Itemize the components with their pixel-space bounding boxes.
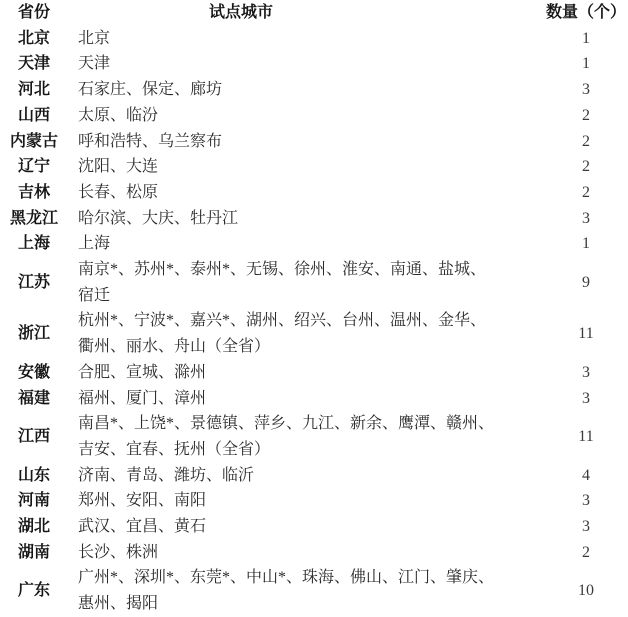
header-count: 数量（个） xyxy=(544,0,628,26)
header-row: 省份 试点城市 数量（个） xyxy=(0,0,628,26)
table-row: 广东 广州*、深圳*、东莞*、中山*、珠海、佛山、江门、肇庆、惠州、揭阳 10 xyxy=(0,565,628,616)
count-cell: 3 xyxy=(544,360,628,386)
cities-cell: 广州*、深圳*、东莞*、中山*、珠海、佛山、江门、肇庆、惠州、揭阳 xyxy=(68,565,544,616)
province-cell: 江苏 xyxy=(0,257,68,308)
table-row: 山西 太原、临汾 2 xyxy=(0,103,628,129)
cities-cell: 哈尔滨、大庆、牡丹江 xyxy=(68,206,544,232)
count-cell: 11 xyxy=(544,411,628,462)
table-row: 北京 北京 1 xyxy=(0,26,628,52)
province-cell: 山东 xyxy=(0,463,68,489)
cities-cell: 郑州、安阳、南阳 xyxy=(68,488,544,514)
province-cell: 北京 xyxy=(0,26,68,52)
cities-cell: 长沙、株洲 xyxy=(68,540,544,566)
count-cell: 1 xyxy=(544,51,628,77)
count-cell: 4 xyxy=(544,463,628,489)
province-cell: 黑龙江 xyxy=(0,206,68,232)
count-cell: 3 xyxy=(544,488,628,514)
province-cell: 湖南 xyxy=(0,540,68,566)
province-cell: 江西 xyxy=(0,411,68,462)
count-cell: 2 xyxy=(544,180,628,206)
table-row: 江苏 南京*、苏州*、泰州*、无锡、徐州、淮安、南通、盐城、宿迁 9 xyxy=(0,257,628,308)
cities-cell: 石家庄、保定、廊坊 xyxy=(68,77,544,103)
province-cell: 山西 xyxy=(0,103,68,129)
cities-cell: 武汉、宜昌、黄石 xyxy=(68,514,544,540)
province-cell: 安徽 xyxy=(0,360,68,386)
table-row: 福建 福州、厦门、漳州 3 xyxy=(0,386,628,412)
count-cell: 3 xyxy=(544,386,628,412)
table-row: 湖北 武汉、宜昌、黄石 3 xyxy=(0,514,628,540)
header-province: 省份 xyxy=(0,0,68,26)
count-cell: 3 xyxy=(544,514,628,540)
cities-cell: 南昌*、上饶*、景德镇、萍乡、九江、新余、鹰潭、赣州、吉安、宜春、抚州（全省） xyxy=(68,411,544,462)
table-row: 湖南 长沙、株洲 2 xyxy=(0,540,628,566)
province-cell: 福建 xyxy=(0,386,68,412)
count-cell: 2 xyxy=(544,129,628,155)
province-cell: 天津 xyxy=(0,51,68,77)
province-cell: 河南 xyxy=(0,488,68,514)
cities-cell: 太原、临汾 xyxy=(68,103,544,129)
table-row: 山东 济南、青岛、潍坊、临沂 4 xyxy=(0,463,628,489)
cities-cell: 福州、厦门、漳州 xyxy=(68,386,544,412)
count-cell: 3 xyxy=(544,206,628,232)
count-cell: 9 xyxy=(544,257,628,308)
table-row: 安徽 合肥、宣城、滁州 3 xyxy=(0,360,628,386)
table-row: 河南 郑州、安阳、南阳 3 xyxy=(0,488,628,514)
count-cell: 1 xyxy=(544,26,628,52)
table-row: 吉林 长春、松原 2 xyxy=(0,180,628,206)
province-cell: 浙江 xyxy=(0,308,68,359)
cities-cell: 南京*、苏州*、泰州*、无锡、徐州、淮安、南通、盐城、宿迁 xyxy=(68,257,544,308)
pilot-cities-table: 省份 试点城市 数量（个） 北京 北京 1 天津 天津 1 河北 石家庄、保定、… xyxy=(0,0,628,617)
cities-cell: 呼和浩特、乌兰察布 xyxy=(68,129,544,155)
header-cities: 试点城市 xyxy=(68,0,544,26)
cities-cell: 天津 xyxy=(68,51,544,77)
count-cell: 11 xyxy=(544,308,628,359)
table-row: 黑龙江 哈尔滨、大庆、牡丹江 3 xyxy=(0,206,628,232)
cities-cell: 上海 xyxy=(68,231,544,257)
count-cell: 10 xyxy=(544,565,628,616)
cities-cell: 长春、松原 xyxy=(68,180,544,206)
count-cell: 2 xyxy=(544,103,628,129)
province-cell: 辽宁 xyxy=(0,154,68,180)
count-cell: 2 xyxy=(544,154,628,180)
table-row: 浙江 杭州*、宁波*、嘉兴*、湖州、绍兴、台州、温州、金华、衢州、丽水、舟山（全… xyxy=(0,308,628,359)
cities-cell: 杭州*、宁波*、嘉兴*、湖州、绍兴、台州、温州、金华、衢州、丽水、舟山（全省） xyxy=(68,308,544,359)
province-cell: 上海 xyxy=(0,231,68,257)
cities-cell: 济南、青岛、潍坊、临沂 xyxy=(68,463,544,489)
table-row: 内蒙古 呼和浩特、乌兰察布 2 xyxy=(0,129,628,155)
count-cell: 1 xyxy=(544,231,628,257)
province-cell: 湖北 xyxy=(0,514,68,540)
table-row: 江西 南昌*、上饶*、景德镇、萍乡、九江、新余、鹰潭、赣州、吉安、宜春、抚州（全… xyxy=(0,411,628,462)
table-row: 河北 石家庄、保定、廊坊 3 xyxy=(0,77,628,103)
table-row: 天津 天津 1 xyxy=(0,51,628,77)
province-cell: 内蒙古 xyxy=(0,129,68,155)
cities-cell: 沈阳、大连 xyxy=(68,154,544,180)
province-cell: 广东 xyxy=(0,565,68,616)
count-cell: 2 xyxy=(544,540,628,566)
province-cell: 河北 xyxy=(0,77,68,103)
table-row: 上海 上海 1 xyxy=(0,231,628,257)
province-cell: 吉林 xyxy=(0,180,68,206)
count-cell: 3 xyxy=(544,77,628,103)
cities-cell: 合肥、宣城、滁州 xyxy=(68,360,544,386)
table-row: 辽宁 沈阳、大连 2 xyxy=(0,154,628,180)
cities-cell: 北京 xyxy=(68,26,544,52)
